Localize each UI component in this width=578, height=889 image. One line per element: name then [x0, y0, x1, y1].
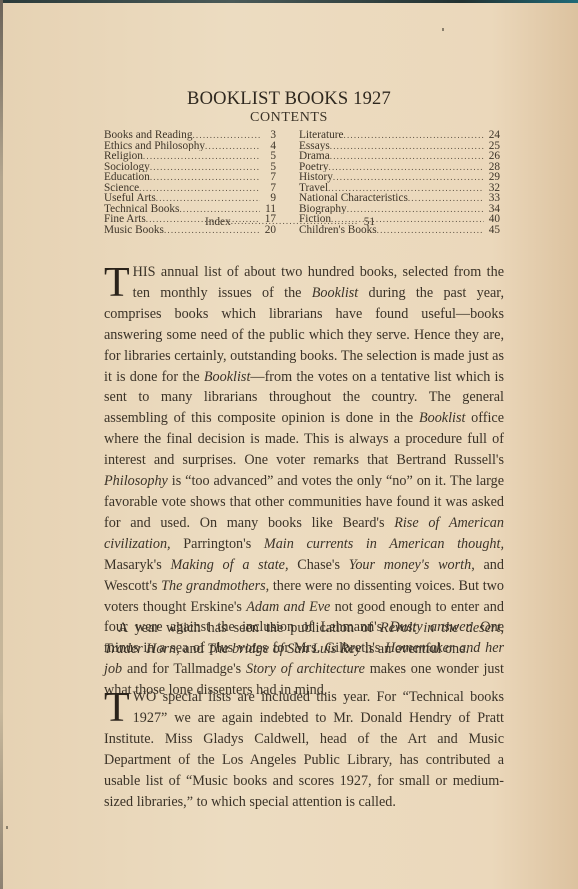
- toc-leader-dots: [408, 193, 484, 204]
- toc-label: History: [299, 172, 333, 183]
- toc-entry: Religion5: [104, 151, 276, 162]
- toc-label: Religion: [104, 151, 143, 162]
- text-run: is an eventful one.: [361, 641, 469, 657]
- toc-leader-dots: [231, 216, 359, 228]
- toc-page-number: 3: [260, 130, 276, 141]
- toc-leader-dots: [333, 172, 484, 183]
- italic-title: Philosophy: [104, 473, 168, 489]
- toc-page-number: 7: [260, 183, 276, 194]
- toc-page-number: 32: [484, 183, 500, 194]
- toc-entry: Essays25: [299, 141, 500, 152]
- toc-leader-dots: [139, 183, 260, 194]
- toc-page-number: 5: [260, 151, 276, 162]
- toc-page-number: 25: [484, 141, 500, 152]
- italic-title: Booklist: [419, 410, 466, 426]
- toc-label: Drama: [299, 151, 330, 162]
- text-run: and for Tallmadge's: [122, 661, 246, 677]
- toc-leader-dots: [143, 151, 260, 162]
- toc-entry: Science7: [104, 183, 276, 194]
- toc-page-number: 24: [484, 130, 500, 141]
- toc-label: Travel: [299, 183, 328, 194]
- toc-entry: Books and Reading3: [104, 130, 276, 141]
- page-top-edge: [0, 0, 578, 3]
- special-lists-paragraph: TWO special lists are included this year…: [104, 687, 504, 812]
- italic-title: Main currents in American thought,: [264, 536, 504, 552]
- toc-label: Literature: [299, 130, 344, 141]
- scan-speck: [442, 28, 444, 31]
- toc-entry: Travel32: [299, 183, 500, 194]
- toc-leader-dots: [156, 193, 260, 204]
- toc-label: Biography: [299, 204, 347, 215]
- toc-label: Science: [104, 183, 139, 194]
- toc-label: Books and Reading: [104, 130, 192, 141]
- toc-leader-dots: [330, 141, 484, 152]
- toc-label: Technical Books: [104, 204, 179, 215]
- toc-entry: Drama26: [299, 151, 500, 162]
- text-run: A year which has seen the publication of: [118, 620, 380, 636]
- text-run: and: [180, 641, 208, 657]
- toc-label: Index: [205, 216, 231, 228]
- italic-title: Your money's worth,: [349, 557, 475, 573]
- toc-entry: Biography34: [299, 204, 500, 215]
- toc-leader-dots: [329, 162, 485, 173]
- italic-title: Adam and Eve: [246, 599, 330, 615]
- toc-label: Education: [104, 172, 150, 183]
- toc-label: National Characteristics: [299, 193, 408, 204]
- eventful-year-paragraph: A year which has seen the publication of…: [104, 618, 504, 660]
- toc-leader-dots: [150, 162, 260, 173]
- toc-page-number: 7: [260, 172, 276, 183]
- toc-leader-dots: [328, 183, 484, 194]
- toc-leader-dots: [347, 204, 484, 215]
- toc-page-number: 26: [484, 151, 500, 162]
- toc-leader-dots: [377, 225, 484, 236]
- toc-leader-dots: [344, 130, 484, 141]
- toc-leader-dots: [179, 204, 260, 215]
- text-run: Parrington's: [171, 536, 264, 552]
- toc-label: Music Books: [104, 225, 164, 236]
- toc-page-number: 11: [260, 204, 276, 215]
- toc-page-number: 28: [484, 162, 500, 173]
- toc-label: Essays: [299, 141, 330, 152]
- toc-label: Ethics and Philosophy: [104, 141, 205, 152]
- toc-page-number: 33: [484, 193, 500, 204]
- drop-cap: T: [104, 690, 130, 726]
- toc-leader-dots: [205, 141, 260, 152]
- toc-page-number: 51: [359, 216, 375, 228]
- toc-label: Poetry: [299, 162, 329, 173]
- scanned-page: BOOKLIST BOOKS 1927 CONTENTS Books and R…: [0, 0, 578, 889]
- toc-page-number: 34: [484, 204, 500, 215]
- text-run: WO special lists are included this year.…: [104, 689, 504, 810]
- drop-cap: T: [104, 265, 130, 301]
- text-run: Chase's: [289, 557, 349, 573]
- toc-label: Sociology: [104, 162, 150, 173]
- toc-index-entry: Index51: [205, 216, 375, 228]
- toc-entry: Sociology5: [104, 162, 276, 173]
- toc-entry: Ethics and Philosophy4: [104, 141, 276, 152]
- text-run: Masaryk's: [104, 557, 170, 573]
- page-title: BOOKLIST BOOKS 1927: [0, 89, 578, 110]
- page-left-edge: [0, 0, 3, 889]
- italic-title: The bridge of San Luis Rey: [207, 641, 361, 657]
- toc-page-number: 5: [260, 162, 276, 173]
- toc-label: Fine Arts: [104, 214, 146, 225]
- toc-entry: Literature24: [299, 130, 500, 141]
- italic-title: Booklist: [312, 285, 359, 301]
- italic-title: Making of a state,: [170, 557, 288, 573]
- toc-entry: Technical Books11: [104, 204, 276, 215]
- contents-heading: CONTENTS: [0, 110, 578, 126]
- toc-leader-dots: [330, 151, 484, 162]
- toc-leader-dots: [192, 130, 260, 141]
- toc-entry: Useful Arts9: [104, 193, 276, 204]
- toc-page-number: 9: [260, 193, 276, 204]
- toc-entry: History29: [299, 172, 500, 183]
- toc-entry: National Characteristics33: [299, 193, 500, 204]
- italic-title: Story of architecture: [246, 661, 365, 677]
- toc-page-number: 40: [484, 214, 500, 225]
- toc-page-number: 29: [484, 172, 500, 183]
- scan-speck: [6, 826, 8, 829]
- toc-entry: Poetry28: [299, 162, 500, 173]
- toc-page-number: 45: [484, 225, 500, 236]
- italic-title: Booklist: [204, 369, 251, 385]
- toc-label: Useful Arts: [104, 193, 156, 204]
- toc-entry: Education7: [104, 172, 276, 183]
- italic-title: The grandmothers,: [161, 578, 269, 594]
- toc-page-number: 4: [260, 141, 276, 152]
- toc-leader-dots: [150, 172, 260, 183]
